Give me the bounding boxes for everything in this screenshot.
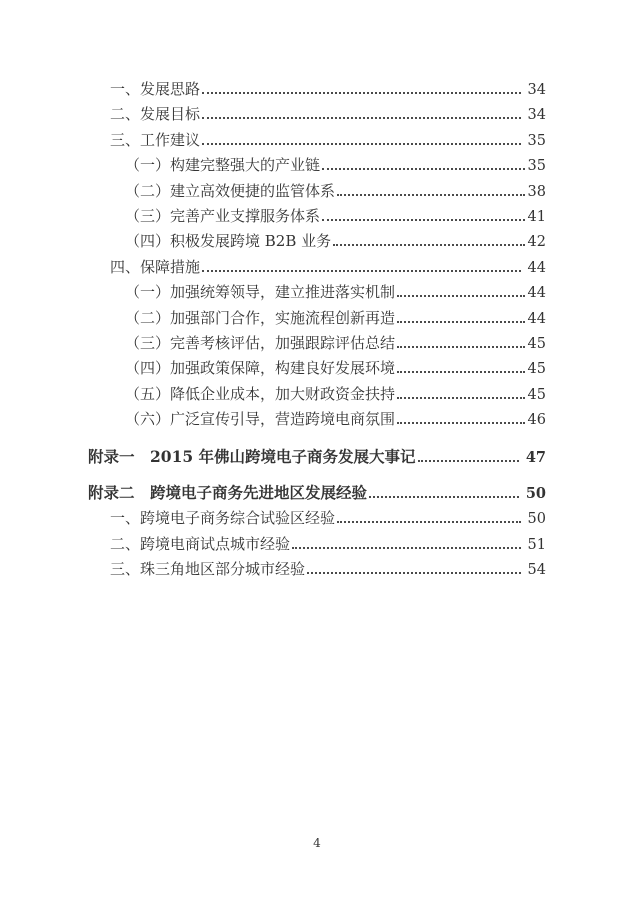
toc-entry: 一、发展思路 34 xyxy=(88,78,546,103)
toc-entry-page-number: 44 xyxy=(528,311,546,327)
toc-entry-page-number: 47 xyxy=(526,449,546,466)
toc-entry-page-number: 45 xyxy=(528,336,546,352)
toc-entry-label: 二、发展目标 xyxy=(110,103,200,124)
toc-entry-page-number: 45 xyxy=(528,387,546,403)
toc-entry: （三）完善考核评估，加强跟踪评估总结 45 xyxy=(88,332,546,357)
toc-entry-page-number: 44 xyxy=(528,285,546,301)
dot-leader xyxy=(292,547,521,549)
toc-entry: 二、跨境电商试点城市经验 51 xyxy=(88,533,546,558)
toc-entry-label: （二）加强部门合作，实施流程创新再造 xyxy=(125,307,395,328)
toc-entry-label: （四）积极发展跨境 B2B 业务 xyxy=(125,230,331,251)
toc-entry-page-number: 41 xyxy=(528,209,546,225)
dot-leader xyxy=(202,143,521,145)
document-page: 一、发展思路 34 二、发展目标 34 三、工作建议 35 （一）构建完整强大的… xyxy=(0,0,640,905)
toc-entry-label: 附录一 2015 年佛山跨境电子商务发展大事记 xyxy=(88,445,416,467)
dot-leader xyxy=(418,460,519,462)
dot-leader xyxy=(337,521,521,523)
page-footer: 4 xyxy=(88,836,546,850)
toc-entry-page-number: 51 xyxy=(528,537,546,553)
toc-entry-label: （二）建立高效便捷的监管体系 xyxy=(125,180,335,201)
toc-entry: 三、珠三角地区部分城市经验 54 xyxy=(88,558,546,583)
toc-entry: （三）完善产业支撑服务体系 41 xyxy=(88,205,546,230)
dot-leader xyxy=(337,194,525,196)
table-of-contents: 一、发展思路 34 二、发展目标 34 三、工作建议 35 （一）构建完整强大的… xyxy=(88,78,546,584)
toc-entry-page-number: 46 xyxy=(528,412,546,428)
dot-leader xyxy=(202,117,521,119)
toc-entry-label: （三）完善产业支撑服务体系 xyxy=(125,205,320,226)
dot-leader xyxy=(397,422,525,424)
toc-entry-page-number: 44 xyxy=(528,260,546,276)
toc-entry-label: （六）广泛宣传引导，营造跨境电商氛围 xyxy=(125,408,395,429)
toc-entry-page-number: 34 xyxy=(528,107,546,123)
toc-entry-label: （一）加强统筹领导，建立推进落实机制 xyxy=(125,281,395,302)
toc-entry: （一）构建完整强大的产业链 35 xyxy=(88,154,546,179)
toc-entry-label: 二、跨境电商试点城市经验 xyxy=(110,533,290,554)
toc-entry: 附录二 跨境电子商务先进地区发展经验 50 xyxy=(88,475,546,505)
toc-entry-label: （五）降低企业成本，加大财政资金扶持 xyxy=(125,383,395,404)
toc-entry-page-number: 54 xyxy=(528,562,546,578)
toc-entry-page-number: 45 xyxy=(528,361,546,377)
footer-page-number: 4 xyxy=(313,836,321,850)
toc-entry-label: 三、工作建议 xyxy=(110,129,200,150)
toc-entry-label: 三、珠三角地区部分城市经验 xyxy=(110,558,305,579)
toc-entry-label: 四、保障措施 xyxy=(110,256,200,277)
toc-entry-page-number: 50 xyxy=(528,511,546,527)
dot-leader xyxy=(397,321,525,323)
dot-leader xyxy=(322,168,525,170)
dot-leader xyxy=(397,346,525,348)
toc-entry-page-number: 42 xyxy=(528,234,546,250)
toc-entry-label: 一、跨境电子商务综合试验区经验 xyxy=(110,507,335,528)
toc-entry: 一、跨境电子商务综合试验区经验 50 xyxy=(88,507,546,532)
toc-entry: 二、发展目标 34 xyxy=(88,103,546,128)
toc-entry: （二）建立高效便捷的监管体系 38 xyxy=(88,180,546,205)
toc-entry: 四、保障措施 44 xyxy=(88,256,546,281)
dot-leader xyxy=(202,270,521,272)
toc-entry-label: 一、发展思路 xyxy=(110,78,200,99)
toc-entry: （一）加强统筹领导，建立推进落实机制 44 xyxy=(88,281,546,306)
toc-entry-label: （三）完善考核评估，加强跟踪评估总结 xyxy=(125,332,395,353)
toc-entry: 附录一 2015 年佛山跨境电子商务发展大事记 47 xyxy=(88,439,546,469)
dot-leader xyxy=(202,92,521,94)
toc-entry-label: 附录二 跨境电子商务先进地区发展经验 xyxy=(88,481,367,503)
toc-entry-page-number: 50 xyxy=(526,485,546,502)
toc-entry: （四）积极发展跨境 B2B 业务 42 xyxy=(88,230,546,255)
dot-leader xyxy=(307,572,521,574)
dot-leader xyxy=(397,295,525,297)
toc-entry-page-number: 34 xyxy=(528,82,546,98)
toc-entry-page-number: 35 xyxy=(528,158,546,174)
dot-leader xyxy=(333,244,524,246)
toc-entry-label: （一）构建完整强大的产业链 xyxy=(125,154,320,175)
toc-entry: （四）加强政策保障，构建良好发展环境 45 xyxy=(88,357,546,382)
dot-leader xyxy=(397,371,525,373)
toc-entry-page-number: 38 xyxy=(528,184,546,200)
toc-entry-label: （四）加强政策保障，构建良好发展环境 xyxy=(125,357,395,378)
toc-entry: （二）加强部门合作，实施流程创新再造 44 xyxy=(88,307,546,332)
dot-leader xyxy=(369,496,519,498)
dot-leader xyxy=(397,397,525,399)
toc-entry: （五）降低企业成本，加大财政资金扶持 45 xyxy=(88,383,546,408)
toc-entry: （六）广泛宣传引导，营造跨境电商氛围 46 xyxy=(88,408,546,433)
toc-entry-page-number: 35 xyxy=(528,133,546,149)
toc-entry: 三、工作建议 35 xyxy=(88,129,546,154)
dot-leader xyxy=(322,219,525,221)
